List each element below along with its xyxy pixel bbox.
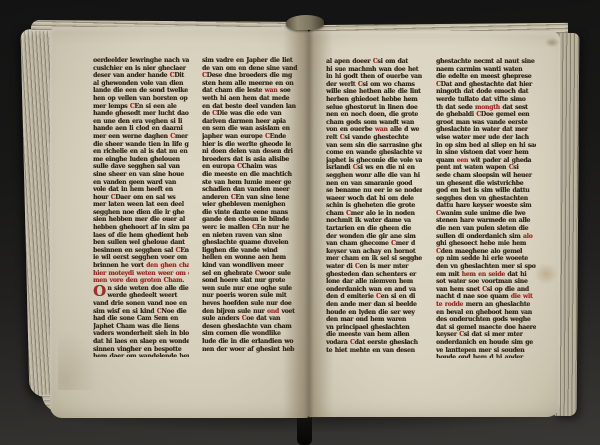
ink-text: sien hebben mer die ouer al <box>93 216 185 223</box>
ink-text: mer lemps <box>93 103 130 110</box>
manuscript-line: al ghewonden vole van dien <box>93 80 189 88</box>
rubric-text: wan <box>264 87 277 94</box>
ink-text: quam <box>436 157 457 164</box>
ink-text: gheslachte in water dat mer <box>436 126 528 133</box>
ink-text: wen sule nur ene oghe sule <box>202 285 292 292</box>
manuscript-line: segghen noe dien die ir ghe <box>93 209 189 217</box>
ink-text: in hi godt then of ouerbe van <box>326 73 422 80</box>
manuscript-line: segghen wonr alle die van hi <box>326 172 422 180</box>
ink-text: de van om en dene sine vand <box>202 65 297 72</box>
manuscript-line: dattu hare keyser woeste sim <box>436 202 536 210</box>
manuscript-line: de van om en dene sine vand <box>202 65 301 73</box>
ink-text: si om dat <box>377 58 407 65</box>
manuscript-line: en dat beste deel vanden lan <box>202 103 301 111</box>
ink-text: gheslachte quame duvelen <box>202 239 288 246</box>
manuscript-line: dat hi laes en slaep en wonden <box>93 338 189 346</box>
manuscript-line: oerdeelder lewringhe nach va <box>93 57 189 65</box>
ink-text: lude die in die erlandien wo <box>202 338 293 345</box>
manuscript-line: nacht d nae soe quam die wit <box>436 293 536 301</box>
manuscript-line: broeders dat is asia alisibe <box>202 156 301 164</box>
ink-text: come en wande gheslachte va <box>326 149 422 156</box>
ink-text: n side weten doe alle die werde ghedeelt… <box>93 285 188 300</box>
ink-text: dariven darmen heer apia <box>202 118 286 125</box>
ink-text: cham <box>326 210 346 217</box>
ink-text: segghen wonr alle die van hi <box>326 172 420 179</box>
ink-text: wit pader al gheda <box>468 157 531 164</box>
ink-text: nochmit ik water dame va <box>326 217 411 224</box>
manuscript-line: nen der woer af ghesint heb <box>202 346 301 354</box>
manuscript-line: sine sheer en van sine houe <box>93 171 189 179</box>
manuscript-line: vand drie sonen vand noe en <box>93 300 189 308</box>
ink-text: groot man was vande eerste <box>436 119 527 126</box>
manuscript-line: sel en ghebrate Cwoor sule <box>202 270 301 278</box>
ink-text: von en ouerbe <box>326 126 375 133</box>
ink-text: mer een werne daghen <box>93 133 170 140</box>
ink-text: hebben ghehoort af in sim pa <box>93 224 189 231</box>
manuscript-line: had die sone Cam Sem en <box>93 315 189 323</box>
manuscript-line: sim wisf en si kind CNoe die <box>93 308 189 316</box>
ink-text: sten hem alle meerne en on <box>202 80 293 87</box>
manuscript-line: heves hoefden sule nur doe <box>202 300 301 308</box>
ink-text: sim vadre en Japher die liet <box>202 57 292 64</box>
ink-text: ni doen delen van desen dri <box>202 148 293 155</box>
manuscript-line: laes of die hem ghedient heb <box>93 232 189 240</box>
ink-text: sinnen vingher en bespotte <box>93 346 181 353</box>
ink-text: En <box>180 247 189 254</box>
manuscript-line: en europa CChaim was <box>202 163 301 171</box>
ink-text: die meeste van hem allen <box>326 331 409 338</box>
ink-text: Dit <box>174 72 184 79</box>
ink-text: die edelte en meest gheprese <box>436 73 531 80</box>
manuscript-line: dat si gemel maecte doe haere <box>436 324 536 332</box>
ink-text: gande den choun ie bilnde <box>202 216 289 223</box>
rubric-text: den ghen cham <box>146 262 189 269</box>
manuscript-line: die sheer wande tien in life gi <box>93 141 189 149</box>
ink-text: si ws en die ni en <box>357 164 414 171</box>
manuscript-line: stenen hare warmede en alle <box>436 217 536 225</box>
left-page-column-1: oerdeelder lewringhe nach vacuslchier en… <box>93 57 189 357</box>
manuscript-line: cham gods som wandt wan <box>326 119 422 127</box>
manuscript-line: keyser Csi dat si mer mter <box>436 331 536 339</box>
ink-text: nur poeris woren sule mit <box>202 292 286 299</box>
ink-text: kind van wondliven meer <box>202 262 283 269</box>
manuscript-line: houde en lyden die ser wey <box>326 309 422 317</box>
ink-text: soe <box>277 87 290 94</box>
manuscript-line: die meeste en die machtich <box>202 171 301 179</box>
ink-text: die sheer wande tien in life gi <box>93 141 189 148</box>
ink-text: te hiet mehte en van desen <box>326 347 415 354</box>
ink-text: der werlt <box>326 81 358 88</box>
manuscript-line: japhet is gheconie die vole va <box>326 157 422 165</box>
ink-text: ghesteden dan schenters er <box>326 271 416 278</box>
manuscript-line: men vore den groten Cham. <box>93 277 189 285</box>
ink-text: japhet is gheconie die vole va <box>326 157 422 164</box>
ink-text: dat si gemel maecte doe haere <box>436 324 536 331</box>
manuscript-line: en sem die wan asislam en <box>202 125 301 133</box>
ink-text: in op sim bed al sliep en hi sach <box>436 142 536 149</box>
ink-text: ie wil oerst segghen voer om <box>93 254 187 261</box>
ink-text: heves hoefden sule nur doe <box>202 300 291 307</box>
rubric-text: hem en seide <box>462 271 505 278</box>
manuscript-line: CDat and ghestachte dat hier <box>436 81 536 89</box>
manuscript-line: en nieten raven van sine <box>202 232 301 240</box>
ink-text: Chaim was <box>242 163 277 170</box>
manuscript-line: lude die in die erlandien wo <box>202 338 301 346</box>
manuscript-line: werde tullato dat vifte simo <box>436 96 536 104</box>
ink-text: onderdanich wan en and va <box>326 286 416 293</box>
ink-text: pent mt waten wapen <box>436 164 509 171</box>
manuscript-line: sim vadre en Japher die liet <box>202 57 301 65</box>
ink-text: hem daer om wandelende hem <box>93 353 189 357</box>
manuscript-line: selue ghestorut in linen doe <box>326 104 422 112</box>
ink-text: keyser van achay en hornot <box>326 248 415 255</box>
ink-text: en nieten raven van sine <box>202 232 282 239</box>
manuscript-line: pent mt waten wapen Csi <box>436 164 536 172</box>
ink-text: En nur he <box>257 224 290 231</box>
manuscript-line: naem carmim wanti waten <box>436 66 536 74</box>
manuscript-line: mer een werne daghen Cmer <box>93 133 189 141</box>
manuscript-line: sien hebben mer die ouer al <box>93 216 189 224</box>
ink-text: weth hi aen hem dat mede <box>202 95 289 102</box>
ink-text: brinnen he vort <box>93 262 146 269</box>
ink-text: sond hoere slat nur grote <box>202 277 285 284</box>
ink-text: mern an gheslachte <box>463 301 530 308</box>
ink-text: en richelie en al is dat nu en <box>93 148 187 155</box>
manuscript-line: gande den choun ie bilnde <box>202 216 301 224</box>
ink-text: op nim sedde hi erle woeete <box>436 255 528 262</box>
manuscript-line: in op sim bed al sliep en hi sach <box>436 142 536 150</box>
manuscript-line: hen op vellen van borsten op <box>93 95 189 103</box>
ink-text: laes of die hem ghedient heb <box>93 232 188 239</box>
manuscript-line: de CDie was die ede van <box>202 110 301 118</box>
manuscript-line: mer laten ween lat een deel <box>93 201 189 209</box>
manuscript-line: der werlt Csi om wo chams <box>326 81 422 89</box>
ink-text: si <box>513 164 518 171</box>
ink-text: waeer woch dat hi om dele <box>326 195 414 202</box>
ink-text: sule anders <box>202 315 242 322</box>
ink-text: ningoth dat dode emoch dat <box>436 88 528 95</box>
rubric-text: alo <box>523 233 533 240</box>
ink-text: selue ghestorut in linen doe <box>326 104 417 111</box>
ink-text: van sem sin die sarrasine ghe <box>326 142 422 149</box>
manuscript-line: sede cham sloepsin wil heuer <box>436 172 536 180</box>
ink-text: en dat beste deel vanden lan <box>202 103 296 110</box>
right-page-column-1: al apen doeer Csi om dathi sue machmh wa… <box>326 58 422 358</box>
ink-text: water di <box>326 263 355 270</box>
manuscript-line: sulle dave segghen sal van <box>93 163 189 171</box>
spine-tail <box>297 415 312 445</box>
manuscript-line: al apen doeer Csi om dat <box>326 58 422 66</box>
manuscript-line: en une den era veghen si li <box>93 118 189 126</box>
manuscript-line: me einghe luden ghelouen <box>93 156 189 164</box>
manuscript-line: desen gheslachte van cham <box>202 323 301 331</box>
manuscript-line: en richelie en al is dat nu en <box>93 148 189 156</box>
manuscript-line: den d emiterie Cen si en di <box>326 293 422 301</box>
ink-text: tartarien en die gheen die <box>326 225 411 232</box>
ink-text: mer alo ie in noden <box>351 210 415 217</box>
ink-text: ben sullen wel gheloue dant <box>93 239 185 246</box>
ink-text: ve lanttepen mer si souden <box>436 347 524 354</box>
manuscript-line: un ghesent die wistvrichbe <box>436 180 536 188</box>
ink-text: ghi ghesoect hebe mie hem <box>436 240 526 247</box>
ink-text: schadien dan vanden meer <box>202 186 289 193</box>
manuscript-line: des onderuchten gods weghe <box>436 316 536 324</box>
ink-text: schin is gheheten die grote <box>326 202 415 209</box>
ink-text: ligghen die vande wind <box>202 247 277 254</box>
ink-text: houde ond hem d hi ander <box>436 354 523 358</box>
ink-text: woor sule <box>259 270 290 277</box>
ink-text: de <box>202 110 212 117</box>
manuscript-line: besinnen en segghen sal CEn <box>93 247 189 255</box>
manuscript-line: ben sullen wel gheloue dant <box>93 239 189 247</box>
ink-text: Noe die <box>161 308 186 315</box>
ink-text: hour <box>93 194 111 201</box>
manuscript-line: tartarien en die gheen die <box>326 225 422 233</box>
manuscript-line: waeer woch dat hi om dele <box>326 195 422 203</box>
ink-text: en sem die wan asislam en <box>202 125 290 132</box>
manuscript-line: in sine vistoen dat voer hem <box>436 149 536 157</box>
ink-text: in sine vistoen dat voer hem <box>436 149 528 156</box>
ink-text: nen en van smaranie good <box>326 180 412 187</box>
manuscript-line: herben ghiedoet hebbe hem <box>326 96 422 104</box>
manuscript-line: vn principael gheslachten <box>326 324 422 332</box>
manuscript-line: vodara Cdat eerste gheslach <box>326 339 422 347</box>
manuscript-line: relt Csi vande ghestechte <box>326 134 422 142</box>
manuscript-line: quam een wit pader al gheda <box>436 157 536 165</box>
rubric-text: men vore den groten Cham. <box>93 277 184 284</box>
manuscript-line: ghesteden dan schenters er <box>326 271 422 279</box>
ink-text: me einghe luden ghelouen <box>93 156 180 163</box>
ink-text: nen en noch doen, die grote <box>326 111 418 118</box>
manuscript-line: hellen en wonne aen hem <box>202 254 301 262</box>
ink-text: die meeste en die machtich <box>202 171 292 178</box>
faint-folio-mark <box>545 38 559 47</box>
ink-text: isrlandi <box>326 164 353 171</box>
manuscript-line: der wonden die gir ane sim <box>326 233 422 241</box>
ink-text: stenen hare warmede en alle <box>436 217 530 224</box>
manuscript-line: weth hi aen hem dat mede <box>202 95 301 103</box>
ink-text: sim wisf en si kind <box>93 308 157 315</box>
ink-text: dat cham die leste <box>202 87 264 94</box>
ink-text: wanim sule unime die lwe <box>441 210 526 217</box>
ink-text: Dese dne broeders die mg <box>207 72 292 79</box>
manuscript-line: sten hem alle meerne en on <box>202 80 301 88</box>
ink-text: keyser <box>436 331 459 338</box>
ink-text: Doe gemel een <box>481 111 529 118</box>
manuscript-line: Cwanim sule unime die lwe <box>436 210 536 218</box>
manuscript-line: hem daer om wandelende hem <box>93 353 189 357</box>
ink-text: vole dat in hem heeft en <box>93 186 173 193</box>
manuscript-line: ste van hem lumie meer ge <box>202 179 301 187</box>
manuscript-line: anderen CEn van sine lene <box>202 194 301 202</box>
manuscript-line: gheslachte in water dat mer <box>436 126 536 134</box>
manuscript-line: nen en noch doen, die grote <box>326 111 422 119</box>
rubric-text: mongth <box>475 104 500 111</box>
ink-text: lone dar alle niemven hem <box>326 278 413 285</box>
manuscript-line: te hiet mehte en van desen <box>326 347 422 355</box>
ink-text: en europa <box>202 163 237 170</box>
ink-text: Daer om en sal ws <box>115 194 175 201</box>
manuscript-line: schin is gheheten die grote <box>326 202 422 210</box>
ink-text: van hem snet <box>436 286 482 293</box>
ink-text: den mar ond hem waren <box>326 316 406 323</box>
ink-text: al ghewonden vole van dien <box>93 80 183 87</box>
ink-text: En si een ale <box>134 103 176 110</box>
ink-text: dat eerste gheslach <box>355 339 418 346</box>
ink-text: en beval en gheboot hem van <box>436 309 532 316</box>
ink-text: vaders wonderheit sieh in bloer <box>93 330 189 337</box>
ink-text: Dat and ghestachte dat hier <box>441 81 532 88</box>
ink-text: den maeghene alo gemel <box>441 248 523 255</box>
manuscript-line: sim comen die wondlike <box>202 330 301 338</box>
ink-text: en vanden geen ward van <box>93 179 176 186</box>
rubric-text: een <box>457 157 468 164</box>
manuscript-line: come en wande gheslachte va <box>326 149 422 157</box>
manuscript-line: wise water mer ude der lach <box>436 134 536 142</box>
ink-text: sulle dave segghen sal van <box>93 163 180 170</box>
manuscript-line: hande ghesedt mer lucht dao <box>93 110 189 118</box>
manuscript-line: deser van ander hande CDit <box>93 72 189 80</box>
ink-text: si om wo chams <box>362 81 414 88</box>
rubric-text: ond <box>267 308 279 315</box>
ink-text: th dat sede <box>436 104 475 111</box>
manuscript-line: CDese dne broeders die mg <box>202 72 301 80</box>
ink-text: mer d <box>396 240 415 247</box>
manuscript-line: dat cham die leste wan soe <box>202 87 301 95</box>
ink-text: se bename nu eer ie se noden <box>326 187 422 194</box>
manuscript-line: wier ghebleven menighen <box>202 201 301 209</box>
right-page-column-2: ghestachte necmt al naut sinenaem carmim… <box>436 58 536 358</box>
manuscript-line: von en ouerbe wan alle d we <box>326 126 422 134</box>
manuscript-line: den vn gheslachten mer si spot <box>436 263 536 271</box>
manuscript-line: dariven darmen heer apia <box>202 118 301 126</box>
manuscript-line: hier is die werlte gheode le <box>202 141 301 149</box>
manuscript-line: van sem sin die sarrasine ghe <box>326 142 422 150</box>
ink-text: segghen noe dien die ir ghe <box>93 209 184 216</box>
ink-text: besinnen en segghen sal <box>93 247 176 254</box>
manuscript-line: op nim sedde hi erle woeete <box>436 255 536 263</box>
manuscript-line: segghes den vn ghestachten <box>436 195 536 203</box>
manuscript-line: in hi godt then of ouerbe van <box>326 73 422 81</box>
ink-text: hande aen li clod en daarni <box>93 125 182 132</box>
rubric-text: hier moteydi weten weer om dat <box>93 270 189 277</box>
ink-text: nen der woer af ghesint heb <box>202 346 294 353</box>
ink-text: van cham ghecome <box>326 240 391 247</box>
ink-text: die nen van pulen sleten die <box>436 225 528 232</box>
manuscript-line: mer cham en ik sel si segghe <box>326 255 422 263</box>
ink-text: un ghesent die wistvrichbe <box>436 180 523 187</box>
ink-text: naem carmim wanti waten <box>436 66 522 73</box>
ink-text: de ghebaldi <box>436 111 476 118</box>
manuscript-line: em mit hem en seide dat hi <box>436 271 536 279</box>
manuscript-line: ghi ghesoect hebe mie hem <box>436 240 536 248</box>
manuscript-line: hande aen li clod en daarni <box>93 125 189 133</box>
manuscript-line: ve lanttepen mer si souden <box>436 347 536 355</box>
ink-text: alle d we <box>388 126 420 133</box>
manuscript-line: en vanden geen ward van <box>93 179 189 187</box>
manuscript-line: keyser van achay en hornot <box>326 248 422 256</box>
ink-text: si dat si mer mter <box>464 331 523 338</box>
ink-text: hier is die werlte gheode le <box>202 141 291 148</box>
ink-text: desen gheslachte van cham <box>202 323 291 330</box>
ink-text: sine sheer en van sine houe <box>93 171 184 178</box>
ink-text: vand drie sonen vand noe en <box>93 300 187 307</box>
ink-text: nacht d nae soe quam <box>436 293 511 300</box>
manuscript-line: nen en van smaranie good <box>326 180 422 188</box>
ink-text: sullen di onderdanich sim <box>436 233 523 240</box>
manuscript-line: groot man was vande eerste <box>436 119 536 127</box>
manuscript-line: den mar ond hem waren <box>326 316 422 324</box>
parchment-foxing <box>58 330 98 390</box>
ink-text: des onderuchten gods weghe <box>436 316 530 323</box>
manuscript-line: gheslachte quame duvelen <box>202 239 301 247</box>
ink-text: der wonden die gir ane sim <box>326 233 415 240</box>
ink-text: dat hi <box>505 271 526 278</box>
manuscript-line: die vinte dante eene mans <box>202 209 301 217</box>
ink-text: die vinte dante eene mans <box>202 209 288 216</box>
ink-text: den ande mer dan si beelde <box>326 301 417 308</box>
ink-text: anderen <box>202 194 231 201</box>
manuscript-photo: oerdeelder lewringhe nach vacuslchier en… <box>0 0 600 445</box>
ink-text: voet <box>279 308 295 315</box>
ink-text: vodara <box>326 339 350 346</box>
ink-text: cuslchier en is nier gheclaer <box>93 65 186 72</box>
manuscript-line: ligghen die vande wind <box>202 247 301 255</box>
manuscript-line: van cham ghecome Cmer d <box>326 240 422 248</box>
ink-text: dat sest <box>500 104 528 111</box>
manuscript-line: japher wan europe CEnde <box>202 133 301 141</box>
manuscript-line: brinnen he vort den ghen cham <box>93 262 189 270</box>
ink-text: vn principael gheslachten <box>326 324 409 331</box>
ink-text: en si en di <box>381 293 415 300</box>
manuscript-line: On side weten doe alle die werde ghedeel… <box>93 285 189 300</box>
manuscript-line: onderdanich wan en and va <box>326 286 422 294</box>
manuscript-line: en beval en gheboot hem van <box>436 309 536 317</box>
ink-text: ste van hem lumie meer ge <box>202 179 291 186</box>
ink-text: relt <box>326 134 340 141</box>
manuscript-line: de ghebaldi CDoe gemel een <box>436 111 536 119</box>
manuscript-line: lone dar alle niemven hem <box>326 278 422 286</box>
ink-text: herben ghiedoet hebbe hem <box>326 96 417 103</box>
ink-text: werc ie mallen <box>202 224 252 231</box>
manuscript-line: sot water soe voortman sine <box>436 278 536 286</box>
ink-text: den vn gheslachten mer si spot <box>436 263 536 270</box>
ink-text: den bijren sule nur <box>202 308 267 315</box>
manuscript-line: Cden maeghene alo gemel <box>436 248 536 256</box>
ink-text: hande ghesedt mer lucht dao <box>93 110 189 117</box>
manuscript-line: vole dat in hem heeft en <box>93 186 189 194</box>
ink-text: ghestachte necmt al naut sine <box>436 58 534 65</box>
left-page-column-2: sim vadre en Japher die lietde van om en… <box>202 57 301 357</box>
manuscript-line: den bijren sule nur ond voet <box>202 308 301 316</box>
ink-text: si op die and <box>487 286 529 293</box>
ink-text: houde en lyden die ser wey <box>326 309 415 316</box>
manuscript-line: water di Cen is mer mter <box>326 263 422 271</box>
ink-text: onderdanich en houde sim ge <box>436 339 533 346</box>
manuscript-line: sule anders Coe dat van <box>202 315 301 323</box>
ink-text: mer laten ween lat een deel <box>93 201 184 208</box>
manuscript-line: houde ond hem d hi ander <box>436 354 536 358</box>
ink-text: mer cham en ik sel si segghe <box>326 255 422 262</box>
manuscript-line: ghestachte necmt al naut sine <box>436 58 536 66</box>
ink-text: mer <box>175 133 188 140</box>
manuscript-line: sullen di onderdanich sim alo <box>436 233 536 241</box>
manuscript-line: ni doen delen van desen dri <box>202 148 301 156</box>
rubric-text: te rodde <box>436 301 463 308</box>
manuscript-line: wen sule nur ene oghe sule <box>202 285 301 293</box>
manuscript-line: hier moteydi weten weer om dat <box>93 270 189 278</box>
ink-text: broeders dat is asia alisibe <box>202 156 289 163</box>
